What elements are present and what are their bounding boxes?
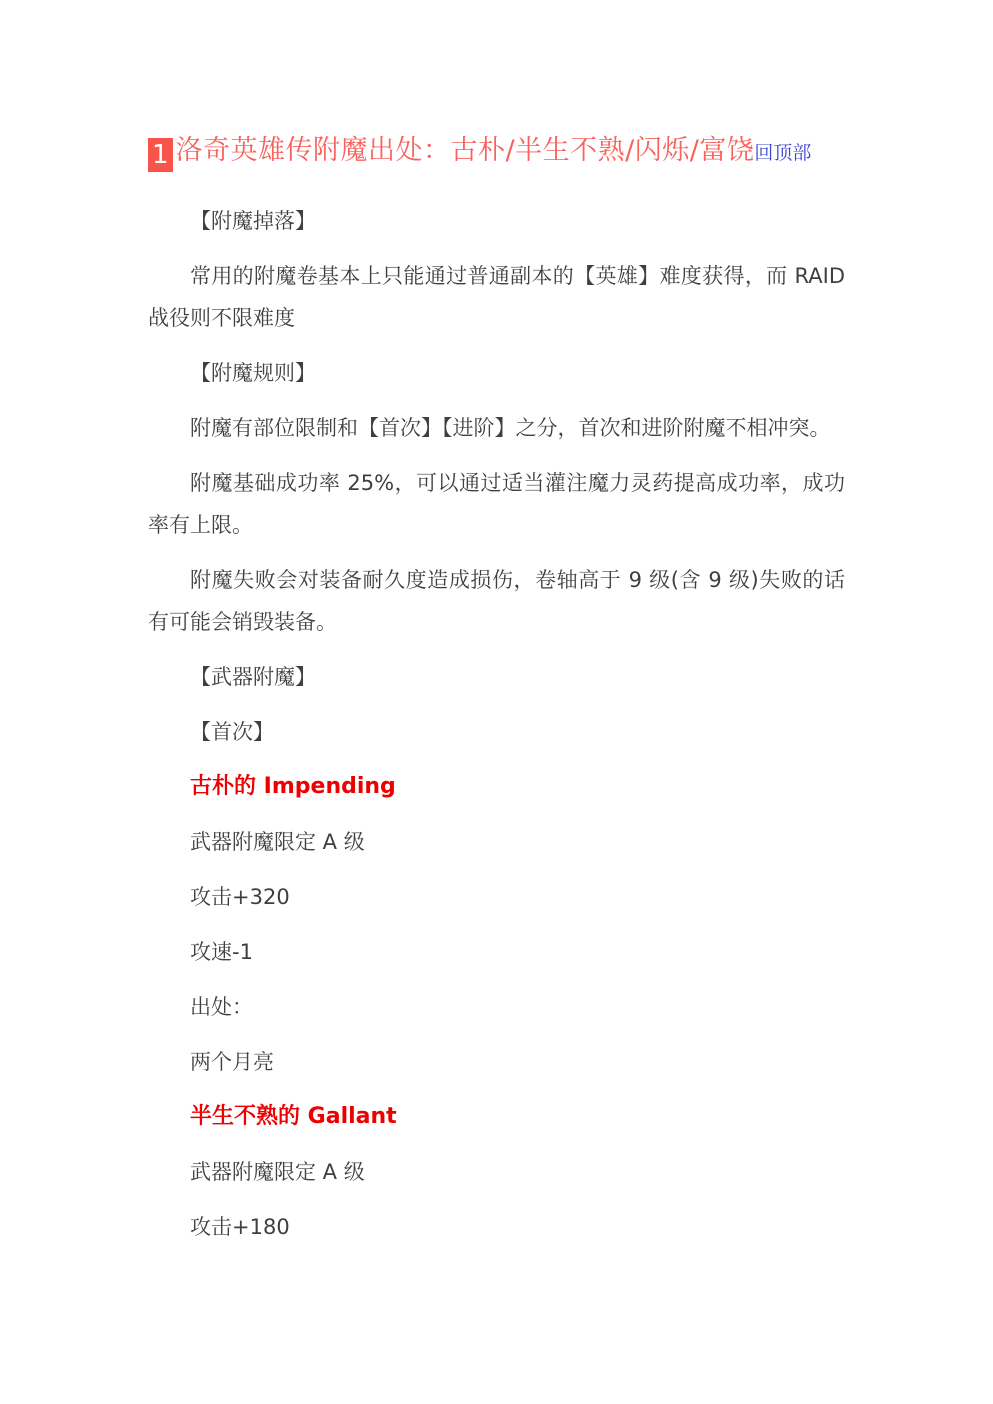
enchant-name-heading: 半生不熟的 Gallant <box>148 1096 845 1138</box>
paragraph: 攻击+320 <box>148 876 845 918</box>
paragraph: 【首次】 <box>148 711 845 753</box>
paragraph: 附魔基础成功率 25%，可以通过适当灌注魔力灵药提高成功率，成功率有上限。 <box>148 462 845 546</box>
paragraph: 两个月亮 <box>148 1041 845 1083</box>
section-number-badge: 1 <box>148 138 173 172</box>
paragraph: 【武器附魔】 <box>148 656 845 698</box>
paragraph: 武器附魔限定 A 级 <box>148 1151 845 1193</box>
back-to-top-link[interactable]: 回顶部 <box>754 142 811 164</box>
paragraph: 附魔失败会对装备耐久度造成损伤，卷轴高于 9 级(含 9 级)失败的话有可能会销… <box>148 559 845 643</box>
enchant-name-heading: 古朴的 Impending <box>148 766 845 808</box>
paragraph: 攻速-1 <box>148 931 845 973</box>
document-header: 1洛奇英雄传附魔出处：古朴/半生不熟/闪烁/富饶回顶部 <box>148 131 845 174</box>
document-body: 【附魔掉落】常用的附魔卷基本上只能通过普通副本的【英雄】难度获得，而 RAID … <box>148 200 845 1248</box>
paragraph: 攻击+180 <box>148 1206 845 1248</box>
document-content: 1洛奇英雄传附魔出处：古朴/半生不熟/闪烁/富饶回顶部 【附魔掉落】常用的附魔卷… <box>0 0 993 1248</box>
paragraph: 出处： <box>148 986 845 1028</box>
document-page: 1洛奇英雄传附魔出处：古朴/半生不熟/闪烁/富饶回顶部 【附魔掉落】常用的附魔卷… <box>0 0 993 1404</box>
paragraph: 附魔有部位限制和【首次】【进阶】之分，首次和进阶附魔不相冲突。 <box>148 407 845 449</box>
paragraph: 【附魔规则】 <box>148 352 845 394</box>
paragraph: 武器附魔限定 A 级 <box>148 821 845 863</box>
paragraph: 常用的附魔卷基本上只能通过普通副本的【英雄】难度获得，而 RAID 战役则不限难… <box>148 255 845 339</box>
page-title: 洛奇英雄传附魔出处：古朴/半生不熟/闪烁/富饶 <box>176 135 755 166</box>
paragraph: 【附魔掉落】 <box>148 200 845 242</box>
